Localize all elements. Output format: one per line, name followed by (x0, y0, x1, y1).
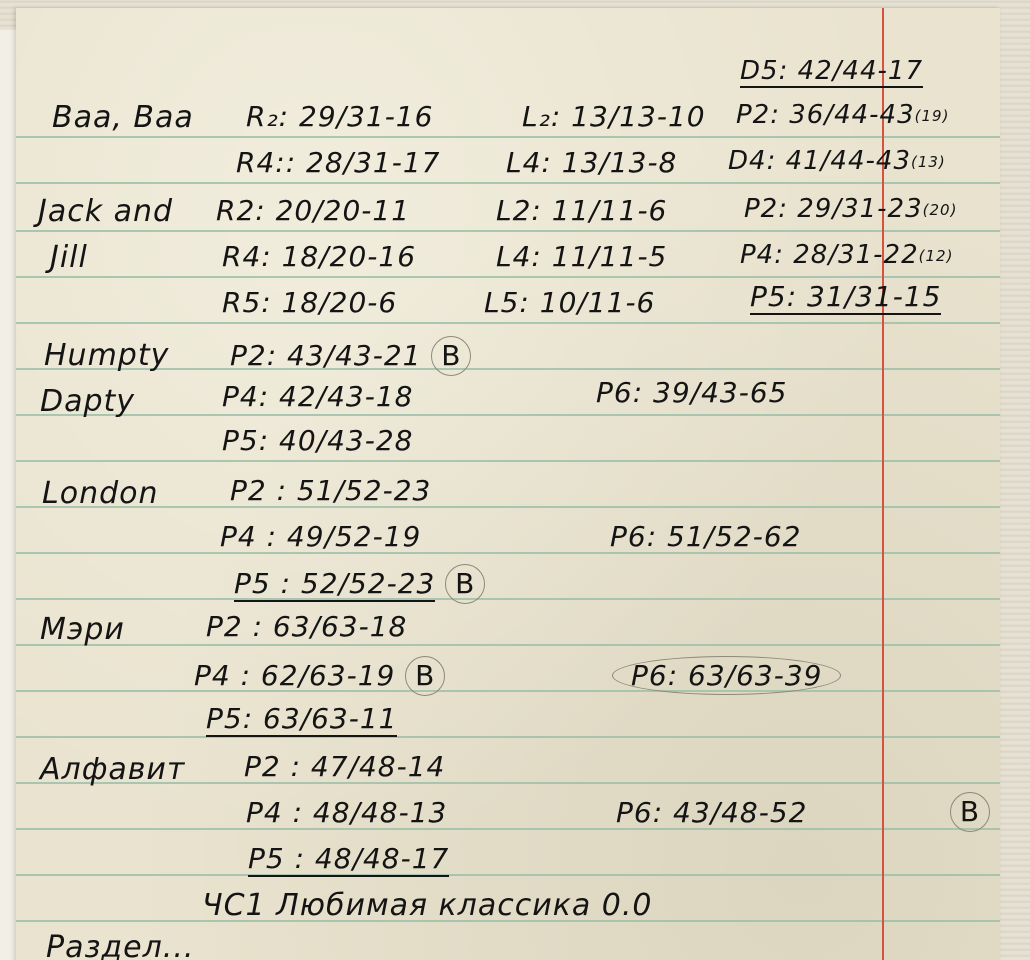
ruled-line (16, 136, 1000, 138)
entry-text: P2: 29/31-23 (744, 194, 923, 224)
notebook-page: D5: 42/44-17 Baa, Baa R₂: 29/31-16 L₂: 1… (16, 8, 1000, 960)
entry-baa-l4: L4: 13/13-8 (506, 146, 677, 179)
entry-mary-p6: P6: 63/63-39 (612, 656, 841, 695)
ruled-line (16, 276, 1000, 278)
entry-note: (20) (923, 201, 958, 219)
entry-alphabet-p6: P6: 43/48-52 (616, 796, 807, 829)
entry-text: P5 : 52/52-23 (234, 567, 435, 602)
entry-text: D4: 41/44-43 (728, 146, 911, 176)
entry-humpty-p5: P5: 40/43-28 (222, 424, 413, 457)
entry-text: P2: 43/43-21 (230, 339, 421, 372)
circled-entry: P6: 63/63-39 (612, 656, 841, 695)
ruled-line (16, 690, 1000, 692)
b-badge: B (431, 336, 471, 376)
entry-note: (12) (919, 247, 954, 265)
entry-alphabet-p4: P4 : 48/48-13 (246, 796, 447, 829)
ruled-line (16, 182, 1000, 184)
entry-alphabet-p2: P2 : 47/48-14 (244, 750, 445, 783)
entry-humpty-p4: P4: 42/43-18 (222, 380, 413, 413)
song-title-jack-and-jill-line2: Jill (50, 240, 88, 275)
entry-baa-r2: R₂: 29/31-16 (246, 100, 433, 133)
song-title-london: London (42, 476, 159, 511)
ruled-line (16, 460, 1000, 462)
entry-baa-r4: R4:: 28/31-17 (236, 146, 440, 179)
song-title-humpty-line1: Humpty (44, 338, 169, 373)
entry-alphabet-p5: P5 : 48/48-17 (248, 842, 449, 875)
ruled-line (16, 874, 1000, 876)
ruled-line (16, 598, 1000, 600)
entry-note: (19) (915, 107, 950, 125)
entry-baa-p2: P2: 36/44-43(19) (736, 100, 949, 130)
entry-mary-p2: P2 : 63/63-18 (206, 610, 407, 643)
entry-text: P5 : 48/48-17 (248, 842, 449, 877)
ruled-line (16, 230, 1000, 232)
entry-baa-d4: D4: 41/44-43(13) (728, 146, 946, 176)
entry-london-p4: P4 : 49/52-19 (220, 520, 421, 553)
footer-line: ЧС1 Любимая классика 0.0 (202, 888, 652, 923)
entry-text: P5: 63/63-11 (206, 702, 397, 737)
entry-jack-l4: L4: 11/11-5 (496, 240, 667, 273)
entry-alphabet-b-badge: B (950, 792, 990, 832)
entry-humpty-p2: P2: 43/43-21 B (230, 336, 471, 376)
song-title-mary: Мэри (40, 612, 125, 647)
entry-baa-l2: L₂: 13/13-10 (522, 100, 706, 133)
b-badge: B (445, 564, 485, 604)
ruled-line (16, 414, 1000, 416)
entry-jack-r4: R4: 18/20-16 (222, 240, 416, 273)
entry-jack-r5: R5: 18/20-6 (222, 286, 397, 319)
song-title-alphabet: Алфавит (40, 752, 185, 787)
ruled-line (16, 736, 1000, 738)
entry-london-p2: P2 : 51/52-23 (230, 474, 431, 507)
entry-jack-l2: L2: 11/11-6 (496, 194, 667, 227)
entry-jack-r2: R2: 20/20-11 (216, 194, 410, 227)
ruled-line (16, 506, 1000, 508)
ruled-line (16, 322, 1000, 324)
b-badge: B (950, 792, 990, 832)
entry-london-p5: P5 : 52/52-23 B (234, 564, 485, 604)
entry-jack-l5: L5: 10/11-6 (484, 286, 655, 319)
ruled-line (16, 552, 1000, 554)
entry-jack-p4: P4: 28/31-22(12) (740, 240, 953, 270)
entry-mary-p5: P5: 63/63-11 (206, 702, 397, 735)
entry-baa-d5: D5: 42/44-17 (740, 56, 923, 88)
song-title-humpty-line2: Dapty (40, 384, 135, 419)
previous-page-edge (0, 30, 17, 960)
entry-jack-p2: P2: 29/31-23(20) (744, 194, 957, 224)
bottom-partial-text: Раздел... (46, 930, 194, 960)
ruled-line (16, 828, 1000, 830)
entry-text: P4: 28/31-22 (740, 240, 919, 270)
song-title-jack-and-jill-line1: Jack and (38, 194, 173, 229)
song-title-baa-baa: Baa, Baa (52, 100, 194, 135)
entry-text: P2: 36/44-43 (736, 100, 915, 130)
entry-text: P4 : 62/63-19 (194, 659, 395, 692)
entry-note: (13) (911, 153, 946, 171)
entry-jack-p5: P5: 31/31-15 (750, 280, 941, 315)
entry-london-p6: P6: 51/52-62 (610, 520, 801, 553)
entry-humpty-p6: P6: 39/43-65 (596, 376, 787, 409)
entry-mary-p4: P4 : 62/63-19 B (194, 656, 445, 696)
ruled-line (16, 644, 1000, 646)
b-badge: B (405, 656, 445, 696)
